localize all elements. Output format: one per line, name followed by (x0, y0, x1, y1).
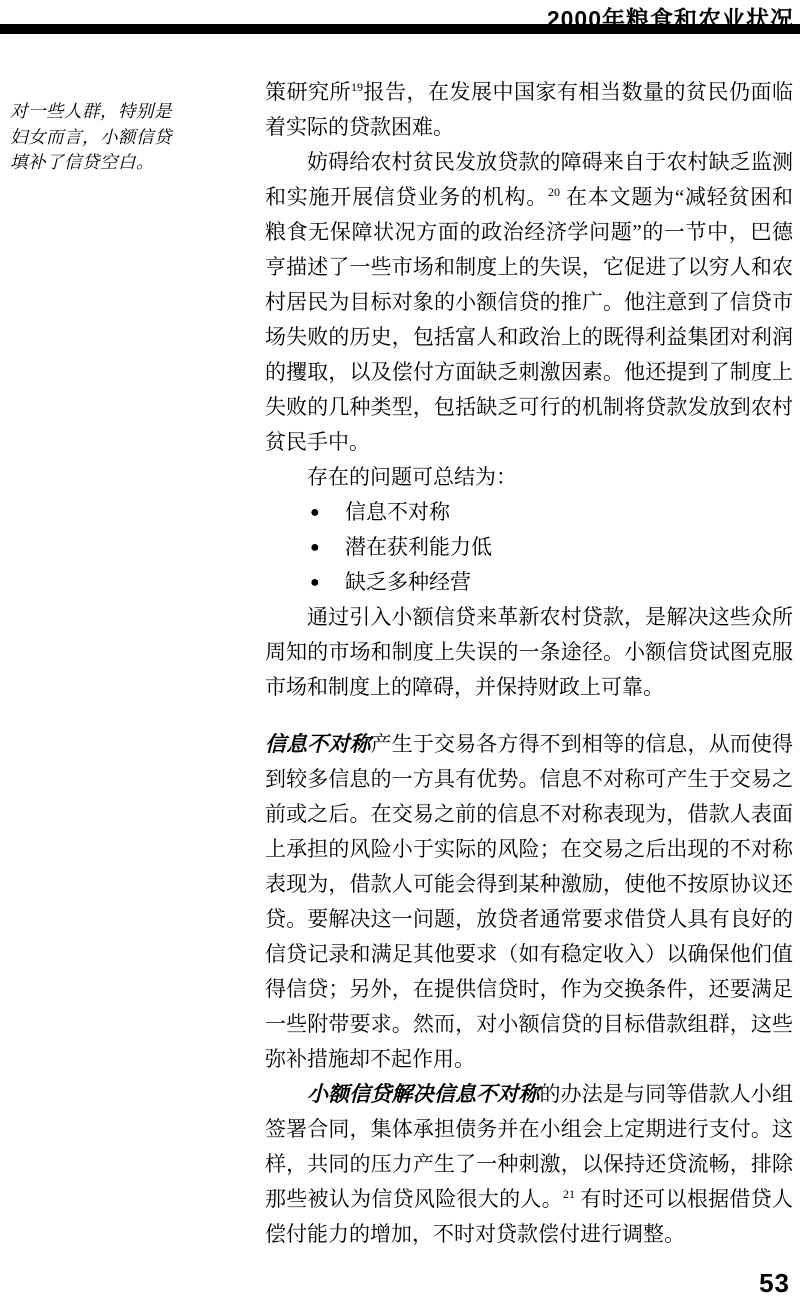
margin-note-line: 妇女而言，小额信贷 (10, 125, 250, 151)
list-item-text: 信息不对称 (345, 500, 450, 524)
header-rule (0, 24, 800, 34)
margin-note-line: 对一些人群，特别是 (10, 99, 250, 125)
bullet-icon: ● (310, 530, 320, 565)
footnote-marker-20: 20 (548, 185, 560, 199)
paragraph-continued: 策研究所19报告，在发展中国家有相当数量的贫民仍面临着实际的贷款困难。 (265, 75, 793, 145)
list-item: ● 缺乏多种经营 (265, 565, 793, 600)
footnote-marker-19: 19 (351, 80, 363, 94)
paragraph-lead-term: 小额信贷解决信息不对称 (307, 1082, 540, 1106)
paragraph-lead-term: 信息不对称 (265, 732, 371, 756)
document-page: 2000年粮食和农业状况 对一些人群，特别是 妇女而言，小额信贷 填补了信贷空白… (0, 0, 800, 1307)
list-item: ● 信息不对称 (265, 495, 793, 530)
bullet-list: ● 信息不对称 ● 潜在获利能力低 ● 缺乏多种经营 (265, 495, 793, 600)
paragraph-information-asymmetry: 信息不对称产生于交易各方得不到相等的信息，从而使得到较多信息的一方具有优势。信息… (265, 727, 793, 1077)
paragraph-text: 产生于交易各方得不到相等的信息，从而使得到较多信息的一方具有优势。信息不对称可产… (265, 732, 793, 1071)
paragraph-text: 策研究所 (265, 80, 351, 104)
paragraph: 通过引入小额信贷来革新农村贷款，是解决这些众所周知的市场和制度上失误的一条途径。… (265, 600, 793, 705)
list-item-text: 潜在获利能力低 (345, 535, 492, 559)
bullet-icon: ● (310, 495, 320, 530)
margin-note-line: 填补了信贷空白。 (10, 150, 250, 176)
footnote-marker-21: 21 (563, 1187, 575, 1201)
page-number: 53 (759, 1268, 790, 1299)
paragraph: 妨碍给农村贫民发放贷款的障碍来自于农村缺乏监测和实施开展信贷业务的机构。20 在… (265, 145, 793, 460)
paragraph-microcredit-solution: 小额信贷解决信息不对称的办法是与同等借款人小组签署合同，集体承担债务并在小组会上… (265, 1077, 793, 1252)
paragraph-text: 在本文题为“减轻贫困和粮食无保障状况方面的政治经济学问题”的一节中，巴德亨描述了… (265, 185, 793, 454)
list-item: ● 潜在获利能力低 (265, 530, 793, 565)
bullet-icon: ● (310, 565, 320, 600)
margin-note: 对一些人群，特别是 妇女而言，小额信贷 填补了信贷空白。 (10, 99, 250, 176)
paragraph-list-intro: 存在的问题可总结为： (265, 460, 793, 495)
list-item-text: 缺乏多种经营 (345, 570, 471, 594)
body-text-column: 策研究所19报告，在发展中国家有相当数量的贫民仍面临着实际的贷款困难。 妨碍给农… (265, 75, 793, 1252)
